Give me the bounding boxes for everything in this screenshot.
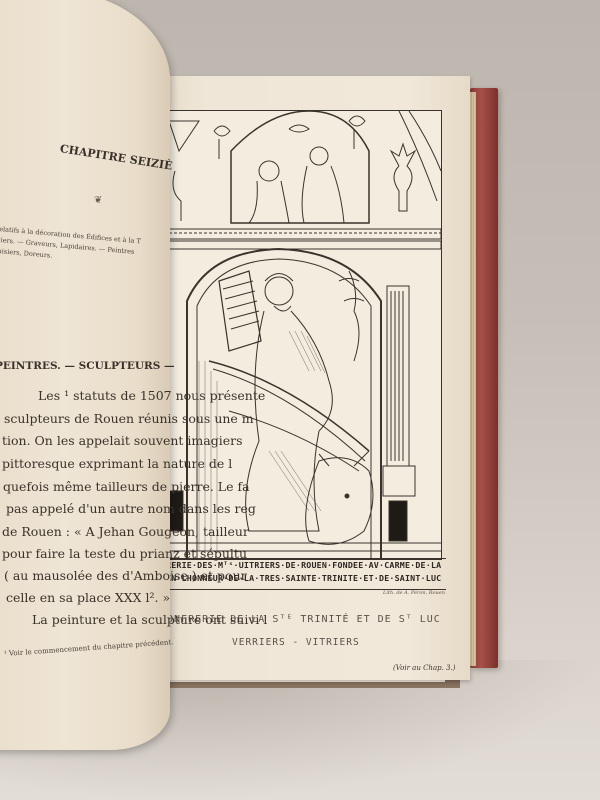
ornament-icon: ❦ [94, 195, 102, 206]
body-line: pas appelé d'un autre nom dans les reg [6, 501, 256, 516]
chapter-heading: CHAPITRE SEIZIÈ [59, 142, 173, 173]
section-title: PEINTRES. — SCULPTEURS — [0, 360, 174, 372]
body-line: Les ¹ statuts de 1507 nous présente [38, 388, 265, 403]
body-line: pour faire la teste du prianz et sépultu [2, 546, 247, 561]
body-line: ( au mausolée des d'Amboise ) et pour [4, 568, 247, 583]
body-line: celle en sa place XXX l². » [6, 590, 170, 605]
body-line: sculpteurs de Rouen réunis sous une m [4, 411, 254, 426]
chapter-summary: États relatifs à la décoration des Édifi… [0, 222, 141, 269]
photo-scene: RERIE·DES·Mᵀˢ·UITRIERS·DE·ROUEN·FONDEE·A… [0, 0, 600, 800]
body-line: La peinture et la sculpture ont suivi l [32, 612, 267, 627]
chapter-reference-note: (Voir au Chap. 3.) [393, 664, 455, 672]
lithographer-credit: Lith. de A. Péron, Rouen [383, 590, 445, 596]
footnote: ¹ Voir le commencement du chapitre précé… [4, 638, 174, 658]
body-line: tion. On les appelait souvent imagiers [2, 433, 243, 448]
body-line: pittoresque exprimant la nature de l [2, 456, 232, 471]
body-line: de Rouen : « A Jehan Gougeon, tailleur [2, 524, 249, 539]
left-page: CHAPITRE SEIZIÈ ❦ États relatifs à la dé… [0, 0, 170, 750]
body-line: quefois même tailleurs de pierre. Le fa [3, 479, 250, 494]
plate-subtitle: VERRIERS - VITRIERS [232, 637, 360, 648]
